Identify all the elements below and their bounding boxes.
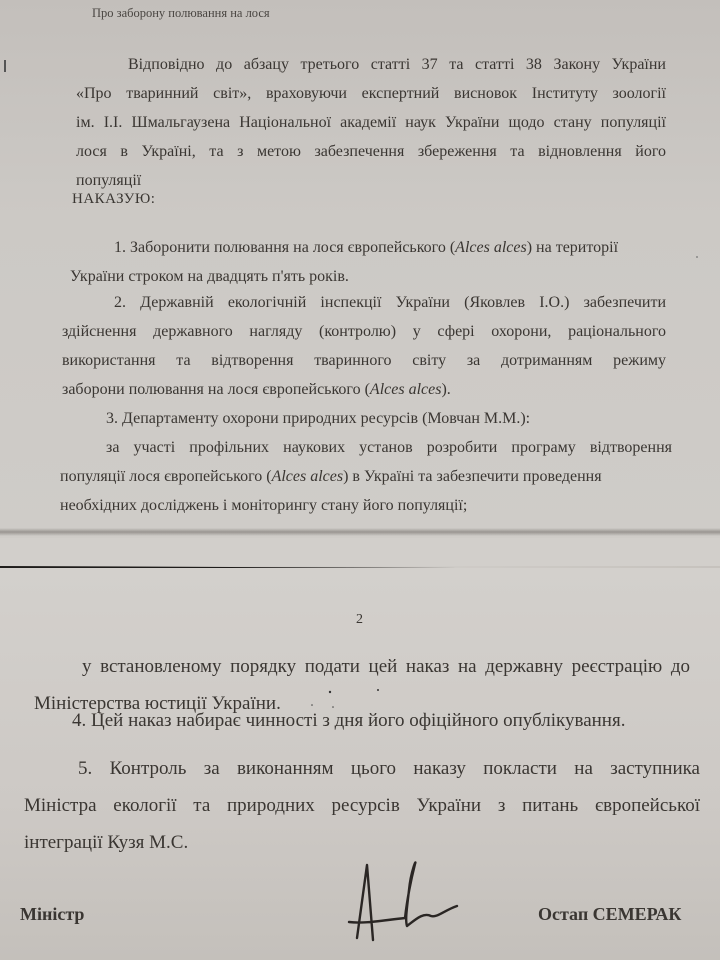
paper-specks [0, 0, 720, 960]
